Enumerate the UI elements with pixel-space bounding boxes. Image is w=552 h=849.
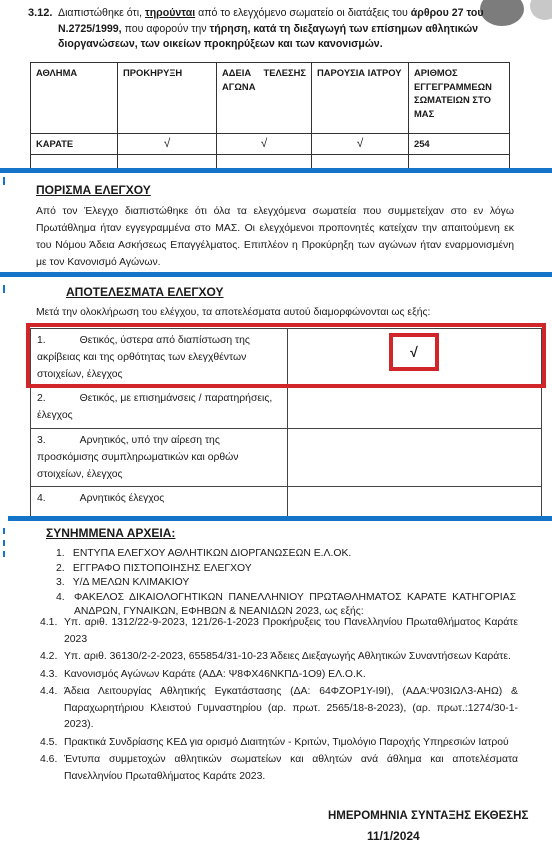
- subitem-text: Άδεια Λειτουργίας Αθλητικής Εγκατάστασης…: [64, 684, 518, 734]
- section-number: 3.12.: [28, 6, 58, 22]
- report-date-label: ΗΜΕΡΟΜΗΝΙΑ ΣΥΝΤΑΞΗΣ ΕΚΘΕΣΗΣ: [328, 810, 528, 822]
- section-divider: [0, 168, 552, 173]
- edge-mark: [3, 285, 5, 293]
- attachment-item: 3. Υ/Δ ΜΕΛΩΝ ΚΛΙΜΑΚΙΟΥ: [56, 576, 516, 591]
- option-number: 3.: [37, 435, 46, 446]
- attachment-subitem: 4.4.Άδεια Λειτουργίας Αθλητικής Εγκατάστ…: [40, 684, 518, 734]
- conclusion-title: ΠΟΡΙΣΜΑ ΕΛΕΓΧΟΥ: [36, 183, 151, 197]
- attachment-subitems: 4.1.Υπ. αριθ. 1312/22-9-2023, 121/26-1-2…: [40, 615, 518, 785]
- header-doctor-presence: ΠΑΡΟΥΣΙΑ ΙΑΤΡΟΥ: [312, 63, 409, 134]
- section-divider: [0, 272, 552, 277]
- option-text: Αρνητικός, υπό την αίρεση της προσκόμιση…: [37, 435, 238, 480]
- checkmark-icon: √: [410, 344, 418, 360]
- result-option-3: 3.Αρνητικός, υπό την αίρεση της προσκόμι…: [31, 429, 542, 487]
- overlay-secondary-icon: [530, 0, 552, 20]
- item-text: Υ/Δ ΜΕΛΩΝ ΚΛΙΜΑΚΙΟΥ: [73, 577, 190, 588]
- item-number: 3.: [56, 576, 70, 591]
- item-text: ΕΝΤΥΠΑ ΕΛΕΓΧΟΥ ΑΘΛΗΤΙΚΩΝ ΔΙΟΡΓΑΝΩΣΕΩΝ Ε.…: [73, 548, 351, 559]
- highlight-box-selected-result: [26, 323, 546, 388]
- subitem-number: 4.3.: [40, 667, 57, 684]
- cell-check: √: [118, 134, 217, 155]
- subitem-number: 4.5.: [40, 735, 57, 752]
- item-text: ΕΓΓΡΑΦΟ ΠΙΣΤΟΠΟΙΗΣΗΣ ΕΛΕΓΧΟΥ: [73, 563, 252, 574]
- subitem-text: Υπ. αριθ. 36130/2-2-2023, 655854/31-10-2…: [64, 649, 518, 666]
- subitem-text: Κανονισμός Αγώνων Καράτε (ΑΔΑ: Ψ8ΦΧ46ΝΚΠ…: [64, 667, 518, 684]
- edge-mark: [3, 528, 5, 534]
- subitem-number: 4.1.: [40, 615, 57, 632]
- attachment-subitem: 4.1.Υπ. αριθ. 1312/22-9-2023, 121/26-1-2…: [40, 615, 518, 648]
- section-3-12: 3.12.Διαπιστώθηκε ότι, τηρούνται από το …: [28, 6, 498, 53]
- text-bold: τήρηση, κατά τη διεξαγωγή των επίσημων α…: [210, 23, 479, 35]
- table-row: ΚΑΡΑΤΕ √ √ √ 254: [31, 134, 510, 155]
- attachment-item: 1. ΕΝΤΥΠΑ ΕΛΕΓΧΟΥ ΑΘΛΗΤΙΚΩΝ ΔΙΟΡΓΑΝΩΣΕΩΝ…: [56, 547, 516, 562]
- attachment-subitem: 4.2.Υπ. αριθ. 36130/2-2-2023, 655854/31-…: [40, 649, 518, 666]
- subitem-text: Πρακτικά Συνδρίασης ΚΕΔ για ορισμό Διαιτ…: [64, 735, 518, 752]
- text: που αφορούν την: [122, 23, 210, 35]
- option-text: Αρνητικός έλεγχος: [80, 493, 165, 504]
- attachment-subitem: 4.6.Έντυπα συμμετοχών αθλητικών σωματείω…: [40, 752, 518, 785]
- result-label: 2.Θετικός, με επισημάνσεις / παρατηρήσει…: [31, 387, 288, 429]
- header-event-license: ΑΔΕΙΑ ΤΕΛΕΣΗΣ ΑΓΩΝΑ: [217, 63, 312, 134]
- subitem-number: 4.6.: [40, 752, 57, 769]
- header-announcement: ΠΡΟΚΗΡΥΞΗ: [118, 63, 217, 134]
- text-underlined: τηρούνται: [145, 7, 195, 19]
- cell-count: 254: [409, 134, 510, 155]
- subitem-text: Υπ. αριθ. 1312/22-9-2023, 121/26-1-2023 …: [64, 615, 518, 648]
- text: Διαπιστώθηκε ότι,: [58, 7, 145, 19]
- results-title: ΑΠΟΤΕΛΕΣΜΑΤΑ ΕΛΕΓΧΟΥ: [66, 285, 224, 299]
- cell-check: √: [312, 134, 409, 155]
- report-date-value: 11/1/2024: [367, 829, 420, 843]
- text-bold: Ν.2725/1999,: [58, 23, 122, 35]
- result-mark-cell[interactable]: [288, 387, 542, 429]
- option-number: 4.: [37, 493, 46, 504]
- option-number: 2.: [37, 393, 46, 404]
- selected-result-checkmark: √: [389, 333, 439, 371]
- attachments-title: ΣΥΝΗΜΜΕΝΑ ΑΡΧΕΙΑ:: [46, 526, 175, 540]
- section-divider: [8, 516, 552, 521]
- header-registered-clubs: ΑΡΙΘΜΟΣ ΕΓΓΕΓΡΑΜΜΕΩΝ ΣΩΜΑΤΕΙΩΝ ΣΤΟ ΜΑΣ: [409, 63, 510, 134]
- result-label: 4.Αρνητικός έλεγχος: [31, 487, 288, 517]
- text-bold: άρθρου 27 του: [411, 7, 484, 19]
- conclusion-text: Από τον Έλεγχο διαπιστώθηκε ότι όλα τα ε…: [36, 203, 514, 271]
- attachment-subitem: 4.3.Κανονισμός Αγώνων Καράτε (ΑΔΑ: Ψ8ΦΧ4…: [40, 667, 518, 684]
- result-option-4: 4.Αρνητικός έλεγχος: [31, 487, 542, 517]
- compliance-table: ΑΘΛΗΜΑ ΠΡΟΚΗΡΥΞΗ ΑΔΕΙΑ ΤΕΛΕΣΗΣ ΑΓΩΝΑ ΠΑΡ…: [30, 62, 510, 171]
- cell-sport: ΚΑΡΑΤΕ: [31, 134, 118, 155]
- subitem-text: Έντυπα συμμετοχών αθλητικών σωματείων κα…: [64, 752, 518, 785]
- item-number: 2.: [56, 562, 70, 577]
- cell-check: √: [217, 134, 312, 155]
- attachment-subitem: 4.5.Πρακτικά Συνδρίασης ΚΕΔ για ορισμό Δ…: [40, 735, 518, 752]
- text-bold: διοργανώσεων, των οικείων προκηρύξεων κα…: [28, 37, 498, 53]
- edge-mark: [3, 177, 5, 185]
- attachments-list: 1. ΕΝΤΥΠΑ ΕΛΕΓΧΟΥ ΑΘΛΗΤΙΚΩΝ ΔΙΟΡΓΑΝΩΣΕΩΝ…: [56, 547, 516, 620]
- option-text: Θετικός, με επισημάνσεις / παρατηρήσεις,…: [37, 393, 272, 421]
- item-number: 1.: [56, 547, 70, 562]
- edge-mark: [3, 551, 5, 557]
- result-option-2: 2.Θετικός, με επισημάνσεις / παρατηρήσει…: [31, 387, 542, 429]
- result-mark-cell[interactable]: [288, 487, 542, 517]
- subitem-number: 4.4.: [40, 684, 57, 701]
- result-mark-cell[interactable]: [288, 429, 542, 487]
- result-label: 3.Αρνητικός, υπό την αίρεση της προσκόμι…: [31, 429, 288, 487]
- results-intro: Μετά την ολοκλήρωση του ελέγχου, τα αποτ…: [36, 304, 536, 321]
- edge-mark: [3, 540, 5, 546]
- attachment-item: 2. ΕΓΓΡΑΦΟ ΠΙΣΤΟΠΟΙΗΣΗΣ ΕΛΕΓΧΟΥ: [56, 562, 516, 577]
- header-sport: ΑΘΛΗΜΑ: [31, 63, 118, 134]
- subitem-number: 4.2.: [40, 649, 57, 666]
- table-header-row: ΑΘΛΗΜΑ ΠΡΟΚΗΡΥΞΗ ΑΔΕΙΑ ΤΕΛΕΣΗΣ ΑΓΩΝΑ ΠΑΡ…: [31, 63, 510, 134]
- text: από το ελεγχόμενο σωματείο οι διατάξεις …: [195, 7, 411, 19]
